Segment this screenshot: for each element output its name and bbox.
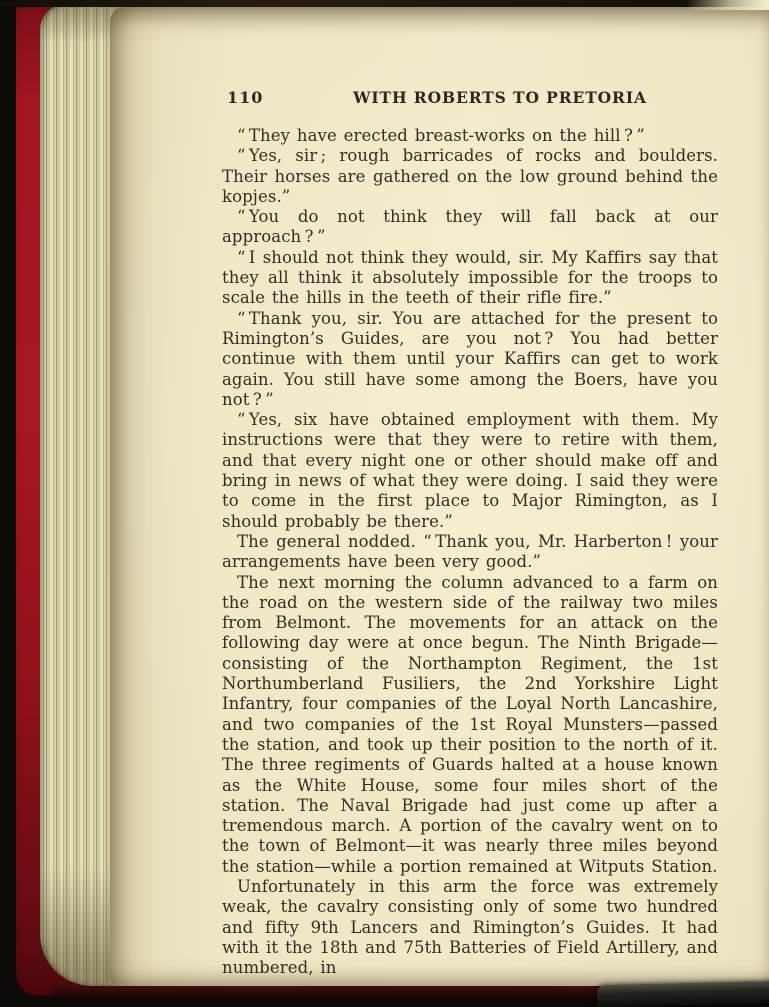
- scanned-book-photo: 110 WITH ROBERTS TO PRETORIA “ They have…: [0, 0, 769, 1000]
- printed-text-block: 110 WITH ROBERTS TO PRETORIA “ They have…: [222, 88, 718, 978]
- paragraph: “ Yes, six have obtained employment with…: [222, 410, 718, 532]
- paragraph: “ I should not think they would, sir. My…: [222, 248, 718, 309]
- paragraph: “ You do not think they will fall back a…: [222, 207, 718, 248]
- table-edge-bottom-right: [597, 981, 769, 1000]
- paragraph: Unfortunately in this arm the force was …: [222, 877, 718, 978]
- paragraph: The general nodded. “ Thank you, Mr. Har…: [222, 532, 718, 573]
- running-title: WITH ROBERTS TO PRETORIA: [222, 88, 718, 107]
- paragraph: “ Thank you, sir. You are attached for t…: [222, 309, 718, 410]
- paragraph: The next morning the column advanced to …: [222, 573, 718, 877]
- body-text: “ They have erected breast-works on the …: [222, 126, 718, 978]
- top-right-page-glint: [659, 0, 769, 10]
- page-number: 110: [227, 88, 263, 107]
- book-page: 110 WITH ROBERTS TO PRETORIA “ They have…: [110, 7, 769, 986]
- paragraph: “ They have erected breast-works on the …: [222, 126, 718, 146]
- top-shadow-strip: [0, 0, 769, 7]
- page-header: 110 WITH ROBERTS TO PRETORIA: [222, 88, 718, 110]
- paragraph: “ Yes, sir ; rough barricades of rocks a…: [222, 146, 718, 207]
